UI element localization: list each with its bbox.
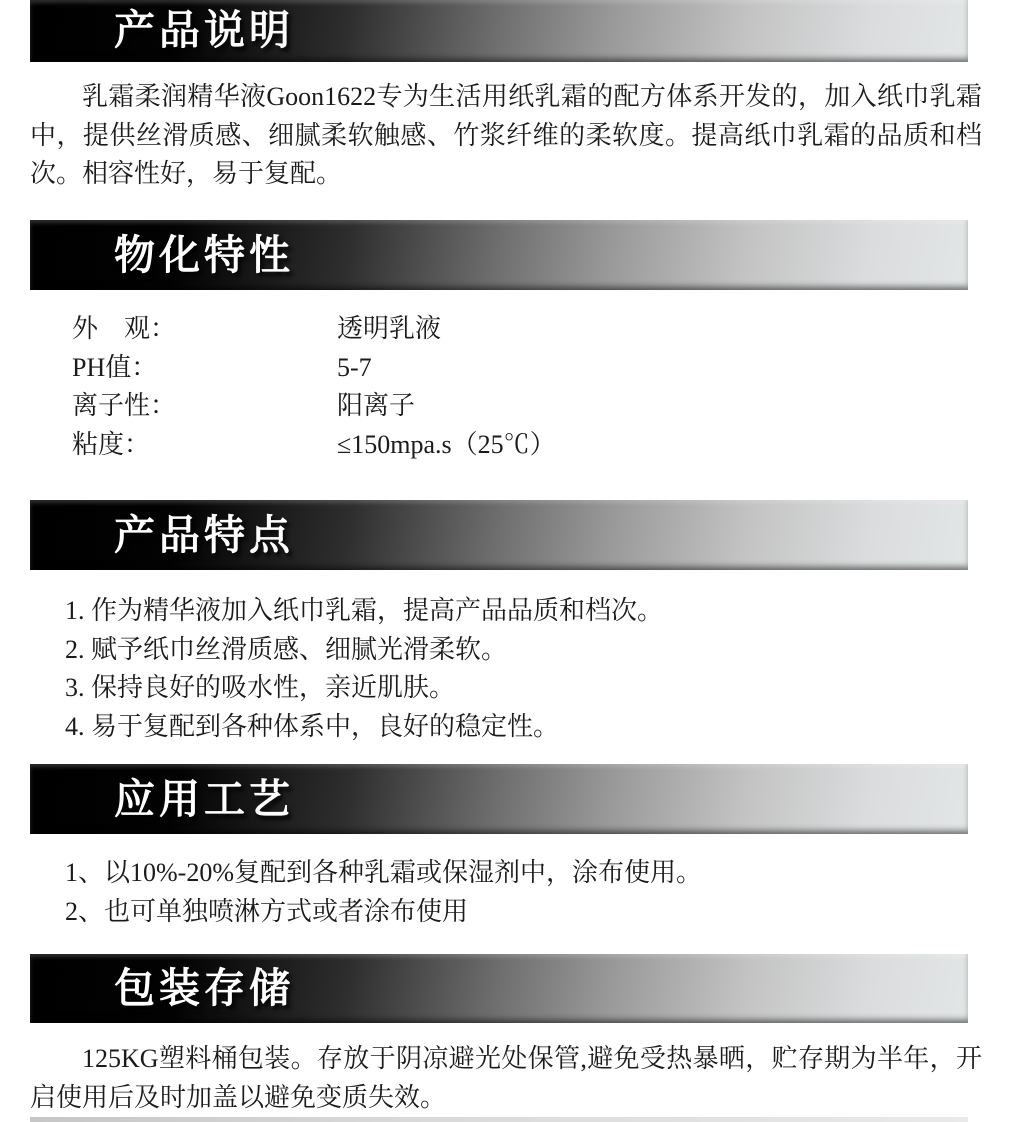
property-value: ≤150mpa.s（25℃） [337, 426, 982, 465]
feature-item: 3. 保持良好的吸水性，亲近肌肤。 [65, 669, 1017, 708]
feature-item: 2. 赋予纸巾丝滑质感、细腻光滑柔软。 [65, 631, 1017, 670]
section-banner-application-process: 应用工艺 [30, 764, 968, 834]
property-row-viscosity: 粘度： ≤150mpa.s（25℃） [30, 426, 982, 465]
property-row-ph: PH值： 5-7 [30, 349, 982, 388]
feature-item: 1. 作为精华液加入纸巾乳霜，提高产品品质和档次。 [65, 592, 1017, 631]
feature-list: 1. 作为精华液加入纸巾乳霜，提高产品品质和档次。 2. 赋予纸巾丝滑质感、细腻… [30, 592, 1017, 746]
feature-item: 4. 易于复配到各种体系中，良好的稳定性。 [65, 708, 1017, 747]
properties-table: 外 观： 透明乳液 PH值： 5-7 离子性： 阳离子 粘度： ≤150mpa.… [30, 310, 982, 464]
section-title-product-description: 产品说明 [30, 0, 968, 60]
property-value: 5-7 [337, 349, 982, 388]
product-spec-sheet: 产品说明 乳霜柔润精华液Goon1622专为生活用纸乳霜的配方体系开发的，加入纸… [0, 0, 1036, 1122]
property-label: 粘度： [72, 426, 337, 465]
property-row-ionicity: 离子性： 阳离子 [30, 387, 982, 426]
section-title-physical-properties: 物化特性 [30, 220, 968, 290]
property-label: 外 观： [72, 310, 337, 349]
section-title-product-features: 产品特点 [30, 500, 968, 570]
section-banner-packaging-storage: 包装存储 [30, 954, 968, 1023]
section-title-application-process: 应用工艺 [30, 764, 968, 834]
property-value: 透明乳液 [337, 310, 982, 349]
packaging-storage-paragraph: 125KG塑料桶包装。存放于阴凉避光处保管,避免受热暴晒，贮存期为半年，开启使用… [30, 1040, 982, 1117]
section-banner-physical-properties: 物化特性 [30, 220, 968, 290]
section-title-packaging-storage: 包装存储 [30, 954, 968, 1023]
property-label: 离子性： [72, 387, 337, 426]
property-row-appearance: 外 观： 透明乳液 [30, 310, 982, 349]
application-item: 1、以10%-20%复配到各种乳霜或保湿剂中，涂布使用。 [65, 854, 1017, 893]
section-banner-product-features: 产品特点 [30, 500, 968, 570]
section-banner-product-description: 产品说明 [30, 0, 968, 62]
property-label: PH值： [72, 349, 337, 388]
next-section-banner-edge [30, 1117, 968, 1122]
product-description-paragraph: 乳霜柔润精华液Goon1622专为生活用纸乳霜的配方体系开发的，加入纸巾乳霜中，… [30, 78, 982, 194]
property-value: 阳离子 [337, 387, 982, 426]
application-list: 1、以10%-20%复配到各种乳霜或保湿剂中，涂布使用。 2、也可单独喷淋方式或… [30, 854, 1017, 931]
application-item: 2、也可单独喷淋方式或者涂布使用 [65, 893, 1017, 932]
